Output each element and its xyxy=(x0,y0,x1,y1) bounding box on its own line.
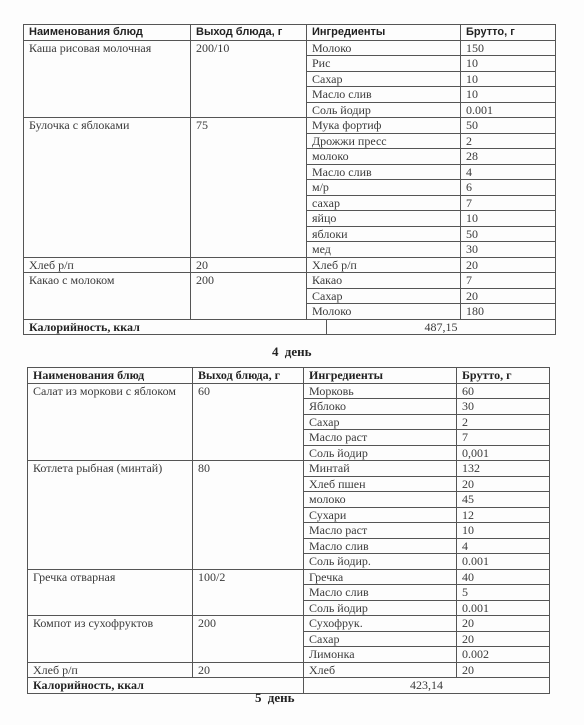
header-ingredients: Ингредиенты xyxy=(307,25,461,41)
header-ingredients: Ингредиенты xyxy=(304,368,457,384)
ingredient-name: Лимонка xyxy=(304,647,457,663)
calorie-value: 487,15 xyxy=(327,319,556,335)
ingredient-name: Молоко xyxy=(307,304,461,320)
header-yield: Выход блюда, г xyxy=(191,25,307,41)
ingredient-gross: 28 xyxy=(461,149,556,165)
ingredient-gross: 7 xyxy=(461,273,556,289)
ingredient-name: Морковь xyxy=(304,383,457,399)
day-5-title: 5 день xyxy=(255,690,294,706)
ingredient-gross: 0.001 xyxy=(461,102,556,118)
ingredient-gross: 20 xyxy=(457,662,550,678)
table-row: Хлеб р/п20Хлеб р/п20 xyxy=(24,257,556,273)
ingredient-gross: 20 xyxy=(457,616,550,632)
ingredient-name: Масло раст xyxy=(304,523,457,539)
dish-yield: 200/10 xyxy=(191,40,307,118)
ingredient-gross: 20 xyxy=(457,476,550,492)
ingredient-gross: 4 xyxy=(461,164,556,180)
table-body: Салат из моркови с яблоком60Морковь60Ябл… xyxy=(28,383,550,693)
table-row: Гречка отварная100/2Гречка40 xyxy=(28,569,550,585)
header-yield: Выход блюда, г xyxy=(193,368,304,384)
ingredient-gross: 20 xyxy=(461,288,556,304)
ingredient-gross: 0.002 xyxy=(457,647,550,663)
ingredient-gross: 50 xyxy=(461,118,556,134)
ingredient-gross: 7 xyxy=(461,195,556,211)
ingredient-gross: 60 xyxy=(457,383,550,399)
ingredient-gross: 5 xyxy=(457,585,550,601)
ingredient-gross: 6 xyxy=(461,180,556,196)
ingredient-name: Сухари xyxy=(304,507,457,523)
day-4-title: 4 день xyxy=(272,344,311,360)
ingredient-name: Дрожжи пресс xyxy=(307,133,461,149)
calorie-label: Калорийность, ккал xyxy=(24,319,327,335)
table-row: Какао с молоком200Какао7 xyxy=(24,273,556,289)
ingredient-gross: 0.001 xyxy=(457,600,550,616)
ingredient-name: Яблоко xyxy=(304,399,457,415)
ingredient-name: Сахар xyxy=(307,288,461,304)
ingredient-name: Мука фортиф xyxy=(307,118,461,134)
ingredient-gross: 4 xyxy=(457,538,550,554)
dish-name: Какао с молоком xyxy=(24,273,191,320)
dish-yield: 75 xyxy=(191,118,307,258)
ingredient-name: Сухофрук. xyxy=(304,616,457,632)
ingredient-gross: 40 xyxy=(457,569,550,585)
ingredient-name: Масло слив xyxy=(307,164,461,180)
header-dish: Наименования блюд xyxy=(24,25,191,41)
ingredient-name: яйцо xyxy=(307,211,461,227)
ingredient-name: Соль йодир xyxy=(304,445,457,461)
ingredient-gross: 30 xyxy=(457,399,550,415)
ingredient-gross: 10 xyxy=(461,56,556,72)
dish-name: Хлеб р/п xyxy=(24,257,191,273)
table-row: Компот из сухофруктов200Сухофрук.20 xyxy=(28,616,550,632)
ingredient-name: Соль йодир xyxy=(307,102,461,118)
ingredient-name: Сахар xyxy=(304,631,457,647)
table-row: Хлеб р/п20Хлеб20 xyxy=(28,662,550,678)
ingredient-name: мед xyxy=(307,242,461,258)
ingredient-name: Хлеб xyxy=(304,662,457,678)
dish-yield: 200 xyxy=(193,616,304,663)
dish-yield: 60 xyxy=(193,383,304,461)
ingredient-name: Хлеб р/п xyxy=(307,257,461,273)
ingredient-gross: 10 xyxy=(461,71,556,87)
dish-name: Хлеб р/п xyxy=(28,662,193,678)
table-row: Салат из моркови с яблоком60Морковь60 xyxy=(28,383,550,399)
header-gross: Брутто, г xyxy=(461,25,556,41)
ingredient-gross: 150 xyxy=(461,40,556,56)
dish-name: Гречка отварная xyxy=(28,569,193,616)
dish-name: Каша рисовая молочная xyxy=(24,40,191,118)
ingredient-name: Масло раст xyxy=(304,430,457,446)
ingredient-gross: 10 xyxy=(461,87,556,103)
calorie-row: Калорийность, ккал487,15 xyxy=(24,319,556,335)
ingredient-gross: 10 xyxy=(461,211,556,227)
table-row: Булочка с яблоками75Мука фортиф50 xyxy=(24,118,556,134)
ingredient-name: Сахар xyxy=(307,71,461,87)
ingredient-gross: 45 xyxy=(457,492,550,508)
table-row: Котлета рыбная (минтай)80Минтай132 xyxy=(28,461,550,477)
ingredient-gross: 180 xyxy=(461,304,556,320)
table-header-row: Наименования блюд Выход блюда, г Ингреди… xyxy=(28,368,550,384)
ingredient-name: Сахар xyxy=(304,414,457,430)
dish-yield: 100/2 xyxy=(193,569,304,616)
ingredient-gross: 12 xyxy=(457,507,550,523)
ingredient-name: Соль йодир xyxy=(304,600,457,616)
dish-yield: 20 xyxy=(193,662,304,678)
ingredient-name: Масло слив xyxy=(307,87,461,103)
calorie-value: 423,14 xyxy=(304,678,550,694)
dish-name: Котлета рыбная (минтай) xyxy=(28,461,193,570)
ingredient-gross: 0.001 xyxy=(457,554,550,570)
ingredient-name: сахар xyxy=(307,195,461,211)
ingredient-name: Какао xyxy=(307,273,461,289)
table-header-row: Наименования блюд Выход блюда, г Ингреди… xyxy=(24,25,556,41)
ingredient-gross: 0,001 xyxy=(457,445,550,461)
ingredient-name: Рис xyxy=(307,56,461,72)
header-dish: Наименования блюд xyxy=(28,368,193,384)
ingredient-name: Гречка xyxy=(304,569,457,585)
ingredient-name: молоко xyxy=(307,149,461,165)
dish-name: Салат из моркови с яблоком xyxy=(28,383,193,461)
ingredient-gross: 50 xyxy=(461,226,556,242)
ingredient-name: Соль йодир. xyxy=(304,554,457,570)
ingredient-gross: 10 xyxy=(457,523,550,539)
menu-table-day3: Наименования блюд Выход блюда, г Ингреди… xyxy=(23,24,556,335)
ingredient-gross: 2 xyxy=(461,133,556,149)
ingredient-gross: 7 xyxy=(457,430,550,446)
ingredient-name: яблоки xyxy=(307,226,461,242)
ingredient-gross: 20 xyxy=(461,257,556,273)
dish-yield: 20 xyxy=(191,257,307,273)
ingredient-name: Хлеб пшен xyxy=(304,476,457,492)
ingredient-name: молоко xyxy=(304,492,457,508)
ingredient-name: Масло слив xyxy=(304,538,457,554)
menu-table-day4: Наименования блюд Выход блюда, г Ингреди… xyxy=(27,367,550,694)
header-gross: Брутто, г xyxy=(457,368,550,384)
ingredient-gross: 132 xyxy=(457,461,550,477)
ingredient-name: м/р xyxy=(307,180,461,196)
dish-name: Компот из сухофруктов xyxy=(28,616,193,663)
ingredient-gross: 2 xyxy=(457,414,550,430)
ingredient-name: Молоко xyxy=(307,40,461,56)
ingredient-name: Масло слив xyxy=(304,585,457,601)
ingredient-gross: 30 xyxy=(461,242,556,258)
dish-yield: 200 xyxy=(191,273,307,320)
table-body: Каша рисовая молочная200/10Молоко150Рис1… xyxy=(24,40,556,335)
dish-yield: 80 xyxy=(193,461,304,570)
ingredient-name: Минтай xyxy=(304,461,457,477)
table-row: Каша рисовая молочная200/10Молоко150 xyxy=(24,40,556,56)
dish-name: Булочка с яблоками xyxy=(24,118,191,258)
ingredient-gross: 20 xyxy=(457,631,550,647)
